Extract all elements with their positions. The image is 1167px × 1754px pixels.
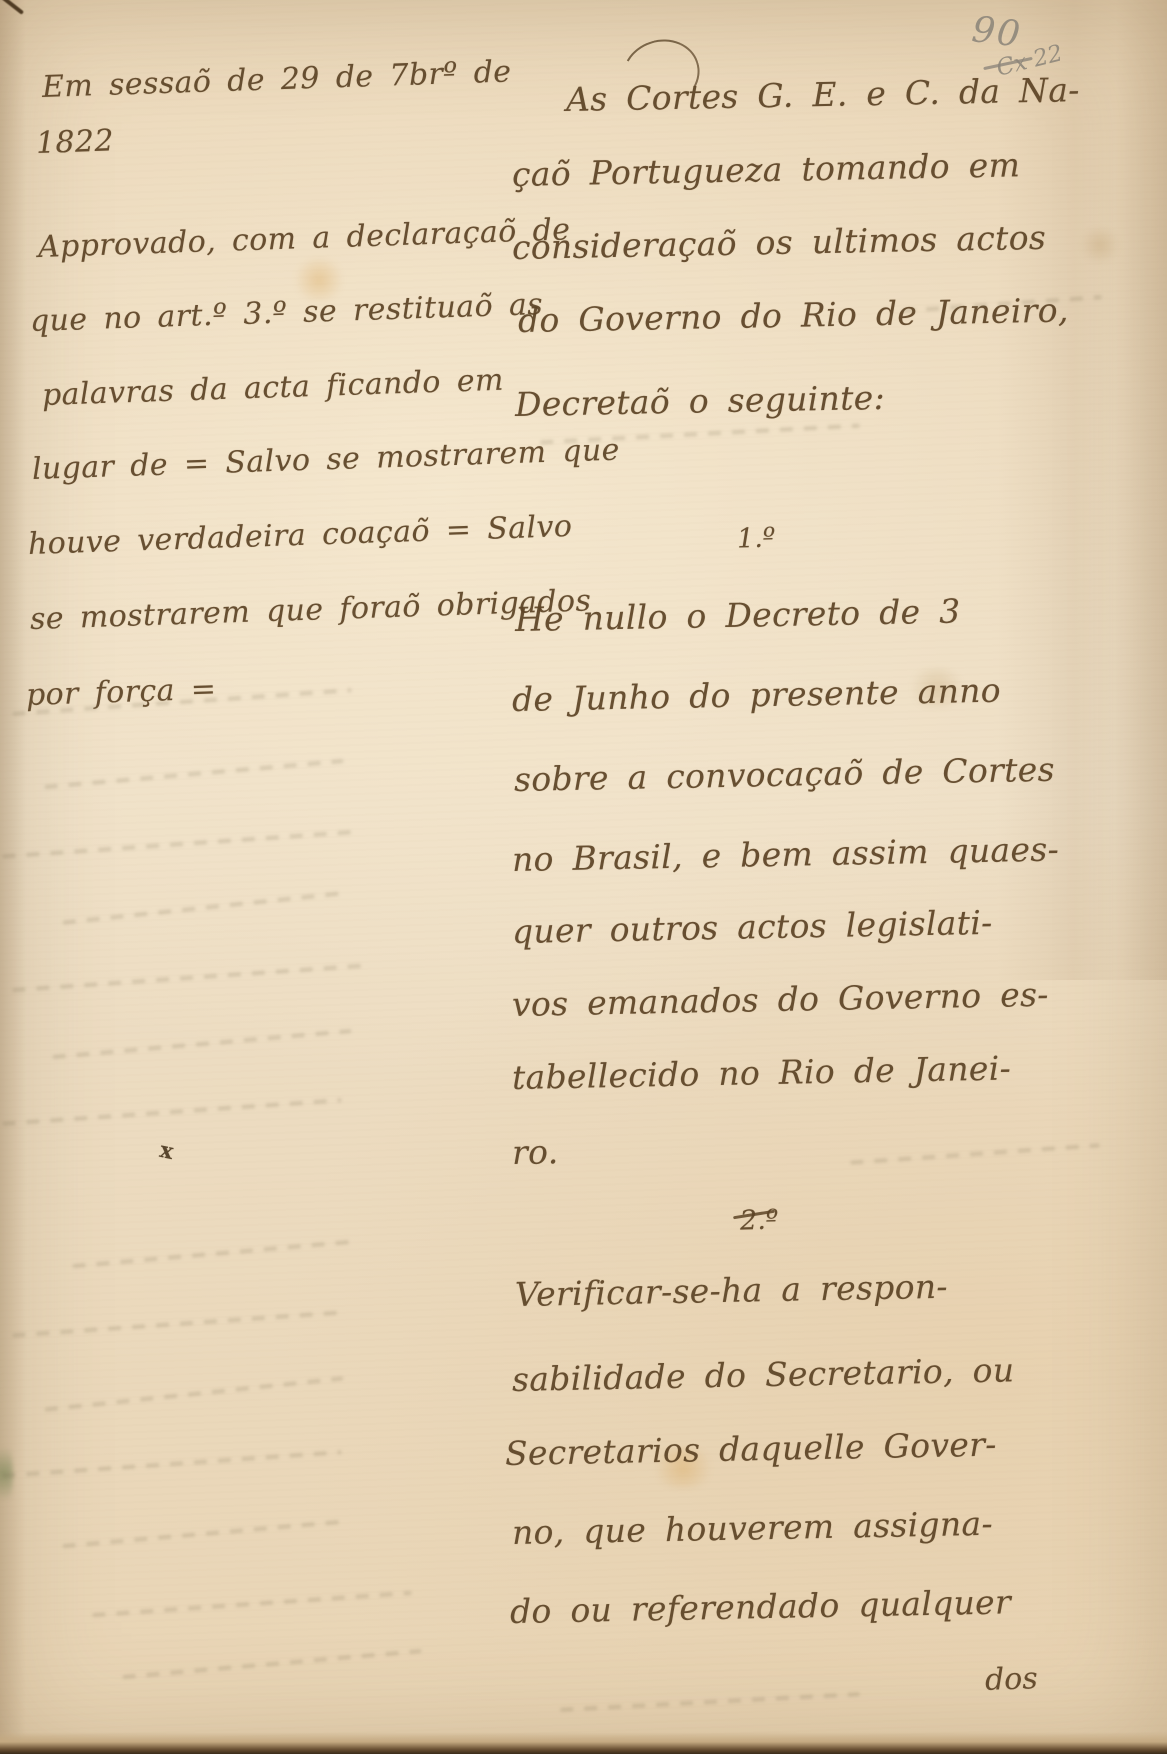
approval-note-line: Approvado, com a declaraçaõ de	[37, 212, 571, 265]
bleedthrough-mark	[92, 1591, 411, 1617]
approval-note-line: por força =	[25, 672, 216, 713]
bleedthrough-mark	[12, 1310, 341, 1337]
bleedthrough-mark	[2, 829, 361, 858]
session-date-line: 1822	[35, 123, 114, 161]
bleedthrough-mark	[62, 1520, 341, 1548]
opening-line: do Governo do Rio de Janeiro,	[518, 290, 1069, 340]
corner-ink-mark	[0, 0, 24, 15]
manuscript-page: 90 Cx 22 Em sessaõ de 29 de 7brº de 1822…	[0, 0, 1167, 1754]
page-bottom-edge	[0, 1732, 1167, 1754]
article-2-line: no, que houverem assigna-	[512, 1504, 994, 1552]
article-1-heading: 1.º	[736, 522, 776, 554]
bleedthrough-mark	[72, 1240, 351, 1268]
article-1-line: vos emanados do Governo es-	[512, 975, 1049, 1024]
opening-line: Decretaõ o seguinte:	[515, 378, 886, 424]
green-smudge	[0, 1438, 13, 1510]
bleedthrough-mark	[44, 759, 343, 789]
approval-note-line: houve verdadeira coaçaõ = Salvo	[27, 509, 572, 562]
bleedthrough-mark	[45, 1376, 344, 1411]
archive-number-pencil: 90	[970, 9, 1024, 56]
x-mark: x	[157, 1137, 175, 1165]
article-1-line: no Brasil, e bem assim quaes-	[512, 830, 1060, 879]
article-1-line: sobre a convocaçaõ de Cortes	[514, 750, 1055, 799]
approval-note-line: lugar de = Salvo se mostrarem que	[31, 433, 620, 487]
article-2-line: Verificar-se-ha a respon-	[515, 1267, 949, 1314]
bleedthrough-mark	[2, 1098, 341, 1126]
session-date-line: Em sessaõ de 29 de 7brº de	[41, 54, 512, 105]
article-1-line: ro.	[512, 1132, 559, 1172]
paper-stain	[1078, 228, 1122, 262]
bleedthrough-mark	[122, 1649, 421, 1679]
article-2-line: Secretarios daquelle Gover-	[505, 1425, 997, 1473]
bleedthrough-mark	[12, 964, 361, 992]
article-1-line: He nullo o Decreto de 3	[515, 591, 961, 639]
article-2-line: do ou referendado qualquer	[510, 1582, 1012, 1631]
opening-line: consideraçaõ os ultimos actos	[512, 218, 1047, 267]
article-1-line: de Junho do presente anno	[512, 671, 1002, 719]
bleedthrough-mark	[850, 1143, 1100, 1164]
bleedthrough-mark	[2, 1450, 341, 1478]
approval-note-line: palavras da acta ficando em	[41, 363, 504, 413]
opening-line: çaõ Portugueza tomando em	[512, 145, 1021, 194]
approval-note-line: que no art.º 3.º se restituaõ as	[29, 287, 543, 339]
article-2-line: sabilidade do Secretario, ou	[512, 1350, 1015, 1399]
bleedthrough-mark	[52, 1029, 351, 1059]
article-1-line: quer outros actos legislati-	[512, 903, 993, 951]
catchword: dos	[984, 1661, 1038, 1698]
bleedthrough-mark	[560, 1692, 860, 1712]
article-1-line: tabellecido no Rio de Janei-	[512, 1048, 1012, 1097]
approval-note-line: se mostrarem que foraõ obrigados	[29, 583, 591, 637]
bleedthrough-mark	[63, 891, 342, 924]
